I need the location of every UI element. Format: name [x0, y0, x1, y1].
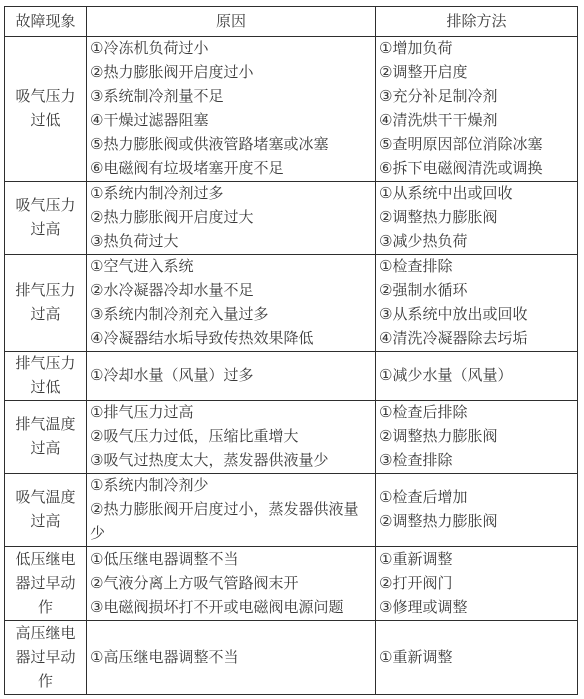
remedies-cell: ①检查后增加 ②调整热力膨胀阀 [376, 474, 578, 547]
phenomenon-cell: 排气压力 过低 [5, 352, 87, 401]
header-phenomenon: 故障现象 [5, 7, 87, 37]
remedies-cell: ①检查后排除 ②调整热力膨胀阀 ③检查排除 [376, 401, 578, 474]
causes-cell: ①系统内制冷剂过多 ②热力膨胀阀开启度过大 ③热负荷过大 [87, 182, 376, 255]
header-row: 故障现象 原因 排除方法 [5, 7, 578, 37]
table-row: 吸气压力 过高 ①系统内制冷剂过多 ②热力膨胀阀开启度过大 ③热负荷过大 ①从系… [5, 182, 578, 255]
remedies-cell: ①增加负荷 ②调整开启度 ③充分补足制冷剂 ④清洗烘干干燥剂 ⑤查明原因部位消除… [376, 37, 578, 182]
causes-cell: ①高压继电器调整不当 [87, 621, 376, 695]
remedies-cell: ①检查排除 ②强制水循环 ③从系统中放出或回收 ④清洗冷凝器除去圬垢 [376, 255, 578, 352]
troubleshooting-table: 故障现象 原因 排除方法 吸气压力 过低 ①冷冻机负荷过小 ②热力膨胀阀开启度过… [4, 6, 578, 695]
table-row: 排气压力 过高 ①空气进入系统 ②水冷凝器冷却水量不足 ③系统内制冷剂充入量过多… [5, 255, 578, 352]
header-remedy: 排除方法 [376, 7, 578, 37]
remedies-cell: ①从系统中出或回收 ②调整热力膨胀阀 ③减少热负荷 [376, 182, 578, 255]
phenomenon-cell: 吸气压力 过低 [5, 37, 87, 182]
causes-cell: ①低压继电器调整不当 ②气液分离上方吸气管路阀末开 ③电磁阀损坏打不开或电磁阀电… [87, 547, 376, 621]
header-cause: 原因 [87, 7, 376, 37]
table-row: 高压继电 器过早动 作 ①高压继电器调整不当 ①重新调整 [5, 621, 578, 695]
phenomenon-cell: 低压继电 器过早动 作 [5, 547, 87, 621]
phenomenon-cell: 吸气压力 过高 [5, 182, 87, 255]
phenomenon-cell: 吸气温度 过高 [5, 474, 87, 547]
causes-cell: ①排气压力过高 ②吸气压力过低，压缩比重增大 ③吸气过热度太大，蒸发器供液量少 [87, 401, 376, 474]
remedies-cell: ①减少水量（风量） [376, 352, 578, 401]
table-row: 低压继电 器过早动 作 ①低压继电器调整不当 ②气液分离上方吸气管路阀末开 ③电… [5, 547, 578, 621]
table-row: 吸气压力 过低 ①冷冻机负荷过小 ②热力膨胀阀开启度过小 ③系统制冷剂量不足 ④… [5, 37, 578, 182]
remedies-cell: ①重新调整 ②打开阀门 ③修理或调整 [376, 547, 578, 621]
causes-cell: ①系统内制冷剂少 ②热力膨胀阀开启度过小，蒸发器供液量少 [87, 474, 376, 547]
phenomenon-cell: 排气温度 过高 [5, 401, 87, 474]
table-row: 排气温度 过高 ①排气压力过高 ②吸气压力过低，压缩比重增大 ③吸气过热度太大，… [5, 401, 578, 474]
causes-cell: ①空气进入系统 ②水冷凝器冷却水量不足 ③系统内制冷剂充入量过多 ④冷凝器结水垢… [87, 255, 376, 352]
causes-cell: ①冷冻机负荷过小 ②热力膨胀阀开启度过小 ③系统制冷剂量不足 ④干燥过滤器阻塞 … [87, 37, 376, 182]
causes-cell: ①冷却水量（风量）过多 [87, 352, 376, 401]
phenomenon-cell: 高压继电 器过早动 作 [5, 621, 87, 695]
remedies-cell: ①重新调整 [376, 621, 578, 695]
phenomenon-cell: 排气压力 过高 [5, 255, 87, 352]
table-row: 吸气温度 过高 ①系统内制冷剂少 ②热力膨胀阀开启度过小，蒸发器供液量少 ①检查… [5, 474, 578, 547]
table-row: 排气压力 过低 ①冷却水量（风量）过多 ①减少水量（风量） [5, 352, 578, 401]
